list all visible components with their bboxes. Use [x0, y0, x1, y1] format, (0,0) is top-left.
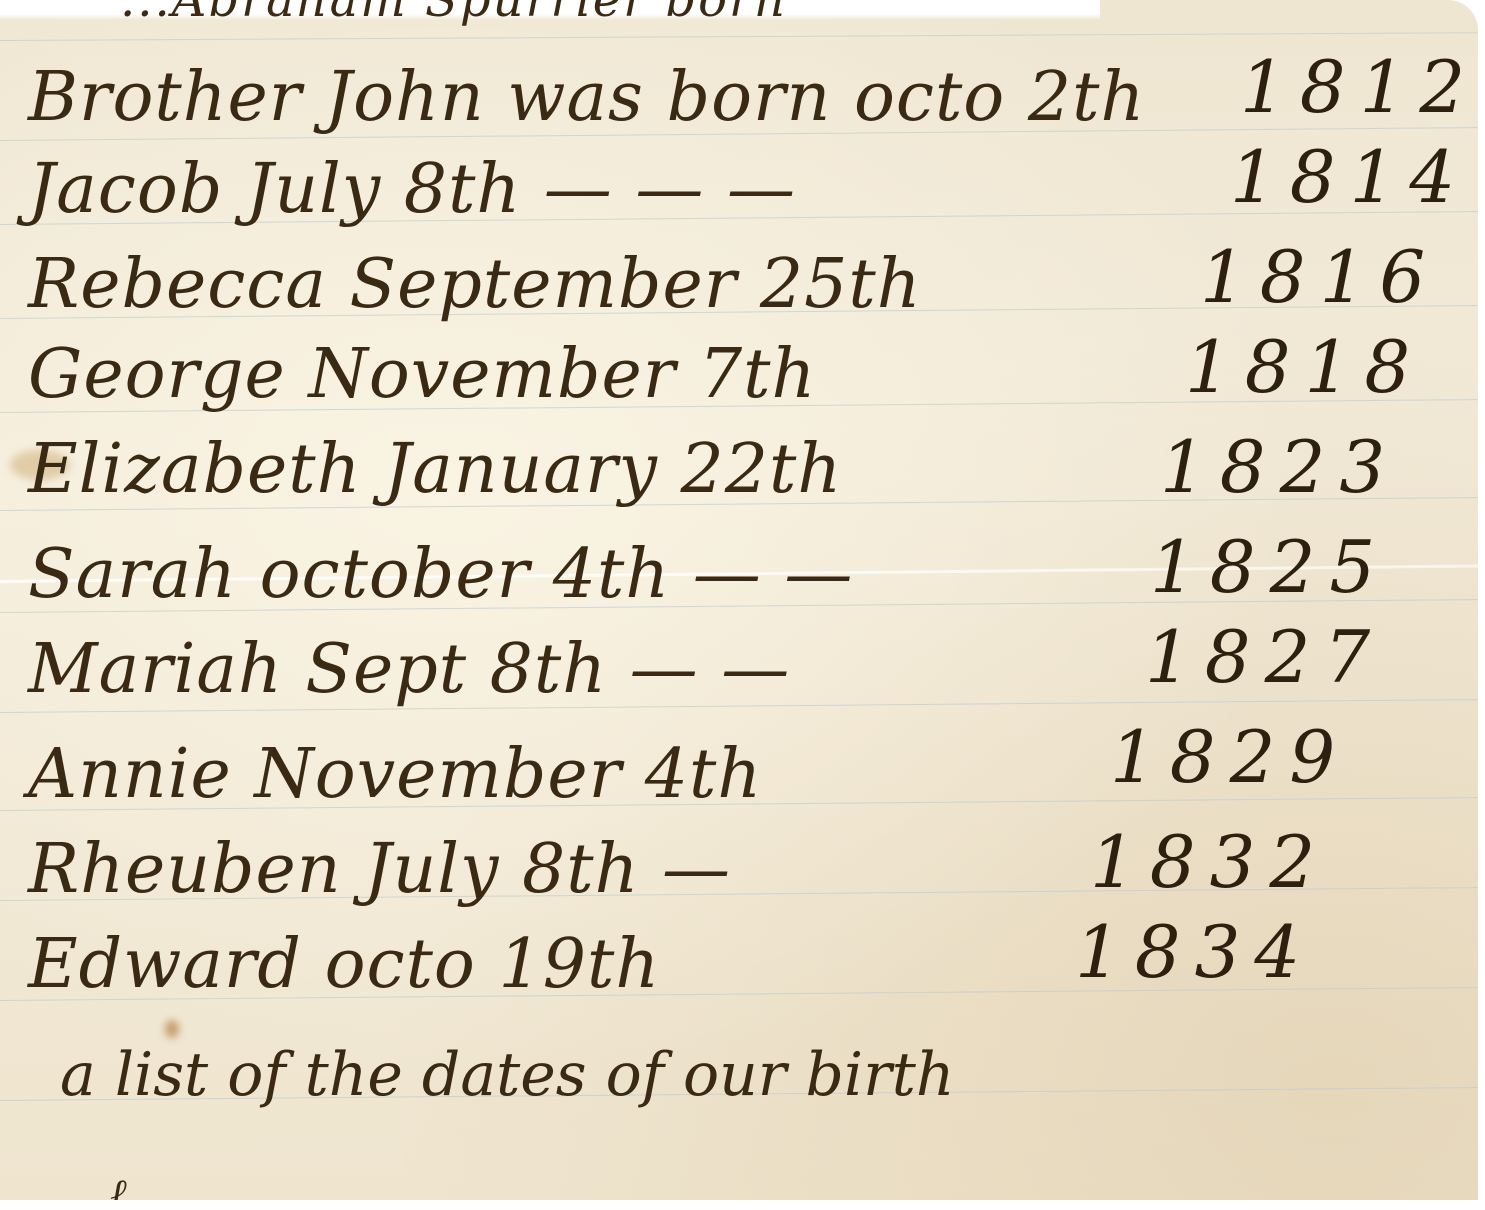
header-fragment: ...Abraham Spurrier born [120, 0, 787, 28]
entry-year: 1816 [1200, 235, 1439, 319]
paper-sheet: ...Abraham Spurrier born Brother John wa… [0, 0, 1478, 1200]
footer-caption: a list of the dates of our birth [60, 1040, 955, 1110]
entry-line: Jacob July 8th — — — [28, 150, 796, 229]
entry-line: Rheuben July 8th — [28, 830, 731, 909]
stray-pen-mark: ℓ [110, 1170, 127, 1200]
entry-line: Sarah october 4th — — [28, 535, 853, 614]
entry-year: 1827 [1145, 615, 1384, 699]
ink-spot [165, 1020, 179, 1038]
entry-line: Rebecca September 25th [28, 245, 921, 324]
entry-year: 1832 [1090, 820, 1329, 904]
entry-line: Annie November 4th [28, 735, 762, 814]
entry-year: 1834 [1075, 910, 1314, 994]
entry-year: 1812 [1240, 45, 1478, 129]
entry-year: 1829 [1110, 715, 1349, 799]
entry-year: 1818 [1185, 325, 1424, 409]
entry-line: Brother John was born octo 2th [28, 58, 1145, 137]
ruled-line [0, 32, 1478, 41]
entry-line: Mariah Sept 8th — — [28, 630, 790, 709]
entry-line: Edward octo 19th [28, 925, 660, 1004]
entry-line: Elizabeth January 22th [28, 430, 842, 509]
entry-year: 1823 [1160, 425, 1399, 509]
entry-line: George November 7th [28, 335, 816, 414]
entry-year: 1825 [1150, 525, 1389, 609]
entry-year: 1814 [1230, 135, 1469, 219]
